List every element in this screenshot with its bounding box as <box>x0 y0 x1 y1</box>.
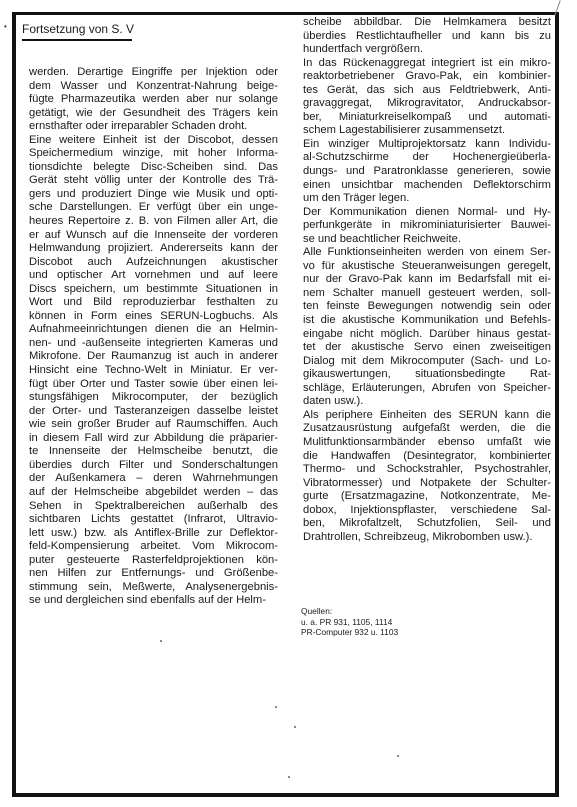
text-line: Mikrofone. Der Raumanzug ist auch in and… <box>29 350 278 364</box>
text-line: vo für akustische Steueranweisungen gere… <box>303 260 551 274</box>
text-line: einen unsichtbar machenden Deflektorschi… <box>303 179 551 193</box>
text-line: Ein winziger Multiprojektorsatz kann Ind… <box>303 138 551 152</box>
page-frame-bottom-border <box>12 793 559 797</box>
text-line: getätigt, wie der Gesundheit des Trägers… <box>29 107 278 121</box>
text-line: der Außenkamera – deren Wahrnehmungen <box>29 472 278 486</box>
text-line: fügte Pharmazeutika werden aber nur sola… <box>29 93 278 107</box>
text-line: Speichermedium winzige, mit hoher Inform… <box>29 147 278 161</box>
text-line: ernsthafter oder irreparabler Schaden dr… <box>29 120 278 134</box>
text-line: dungs- und Paratronklasse generieren, so… <box>303 165 551 179</box>
text-line: Vibratormesser) und Notpakete der Schult… <box>303 477 551 491</box>
text-line: Discobot auch Aufzeichnungen akustischer <box>29 256 278 270</box>
margin-dot: • <box>4 22 7 31</box>
text-line: der Orter- und Tasteranzeigen dasselbe l… <box>29 405 278 419</box>
text-line: se und beachtlicher Reichweite. <box>303 233 551 247</box>
page-frame-left-border <box>12 12 16 797</box>
text-line: schläge, Erläuterungen, Abrufen von Spei… <box>303 382 551 396</box>
text-line: al-Schutzschirme der Hochenergieüberla- <box>303 151 551 165</box>
text-line: heures Repertoire z. B. von Filmen aller… <box>29 215 278 229</box>
text-line: scheibe abbildbar. Die Helmkamera besitz… <box>303 16 551 30</box>
text-line: nur der Gravo-Pak kann im Bedarfsfall mi… <box>303 273 551 287</box>
text-line: überdies Restlichtaufheller und kann bis… <box>303 30 551 44</box>
sources-block: Quellen: u. a. PR 931, 1105, 1114 PR-Com… <box>301 606 398 638</box>
text-line: In das Rückenaggregat integriert ist ein… <box>303 57 551 71</box>
text-line: se und dergleichen sind ebenfalls auf de… <box>29 594 278 608</box>
text-line: ber, Miniaturkreiselkompaß und automati- <box>303 111 551 125</box>
text-line: Hinsicht eine Techno-Welt in Miniatur. E… <box>29 364 278 378</box>
text-line: Drahtrollen, Schreibzeug, Mikrobomben us… <box>303 531 551 545</box>
text-line: fügt über Orter und Taster sowie über ei… <box>29 378 278 392</box>
text-line: perfunkgeräte in mikrominiaturisierter B… <box>303 219 551 233</box>
text-line: te Innenseite der Helmscheibe benutzt, d… <box>29 445 278 459</box>
scan-speck <box>160 640 162 642</box>
text-line: lett usw.) bzw. als Antiflex-Brille zur … <box>29 527 278 541</box>
scan-speck <box>275 706 277 708</box>
text-line: stimmung sein, Meßwerte, Analysenergebni… <box>29 581 278 595</box>
text-line: Sehen in Spektralbereichen außerhalb des <box>29 500 278 514</box>
text-line: werden. Derartige Eingriffe per Injektio… <box>29 66 278 80</box>
text-line: Helmwandung projiziert. Andererseits kan… <box>29 242 278 256</box>
text-line: er auf Wunsch auf die Innenseite der vor… <box>29 229 278 243</box>
text-line: können in Form eines SERUN-Logbuchs. Als <box>29 310 278 324</box>
text-line: ten feinste Bewegungen notwendig sein od… <box>303 300 551 314</box>
scan-speck <box>294 726 296 728</box>
text-line: reaktorbetriebener Gravo-Pak, ein kombin… <box>303 70 551 84</box>
text-line: um den Träger legen. <box>303 192 551 206</box>
text-line: Gerät steht völlig unter der Kontrolle d… <box>29 174 278 188</box>
scan-speck <box>288 776 290 778</box>
text-line: nen Hilfen zur Entfernungs- und Größenbe… <box>29 567 278 581</box>
text-line: daten usw.). <box>303 395 551 409</box>
text-line: sichtbaren Lichts gestattet (Infrarot, U… <box>29 513 278 527</box>
right-text-column: scheibe abbildbar. Die Helmkamera besitz… <box>303 16 551 544</box>
text-line: Dialog mit dem Mikrocomputer (Sach- und … <box>303 355 551 369</box>
text-line: schem Lagestabilisierer zusammensetzt. <box>303 124 551 138</box>
text-line: Der Kommunikation dienen Normal- und Hy- <box>303 206 551 220</box>
text-line: in diesem Fall wird zur Abbildung die pr… <box>29 432 278 446</box>
text-line: eingabe nicht möglich. Darüber hinaus ge… <box>303 328 551 342</box>
text-line: sche Darstellungen. Er verfügt über ein … <box>29 201 278 215</box>
continuation-heading: Fortsetzung von S. V <box>22 22 132 41</box>
page-frame-top-border <box>12 12 559 15</box>
text-line: Zusatzausrüstung aufgefaßt werden, die d… <box>303 422 551 436</box>
text-line: Thermo- und Schockstrahler, Psychostrahl… <box>303 463 551 477</box>
text-line: Als periphere Einheiten des SERUN kann d… <box>303 409 551 423</box>
text-line: ist die akustische Kommunikation und Bef… <box>303 314 551 328</box>
text-line: hundertfach vergrößern. <box>303 43 551 57</box>
text-line: feld-Kompensierung arbeitet. Vom Mikroco… <box>29 540 278 554</box>
left-text-column: werden. Derartige Eingriffe per Injektio… <box>29 66 278 608</box>
text-line: tionsdichte belegte Disc-Scheiben sind. … <box>29 161 278 175</box>
text-line: auf der Helmscheibe abgebildet werden – … <box>29 486 278 500</box>
text-line: puter gesteuerte Rasterfeldprojektionen … <box>29 554 278 568</box>
text-line: wie sein großer Bruder auf Raumschiffen.… <box>29 418 278 432</box>
sources-line: u. a. PR 931, 1105, 1114 <box>301 617 398 628</box>
scan-speck <box>397 755 399 757</box>
sources-label: Quellen: <box>301 606 398 617</box>
text-line: Discs speichern, um bestimmte Situatione… <box>29 283 278 297</box>
sources-line: PR-Computer 932 u. 1103 <box>301 627 398 638</box>
text-line: Wort und Bild reproduzierbar festhalten … <box>29 296 278 310</box>
page-frame-right-border <box>555 14 559 794</box>
text-line: gravaggregat, Mikrogravitator, Andruckab… <box>303 97 551 111</box>
text-line: und optischer Art vornehmen und auf leer… <box>29 269 278 283</box>
text-line: nen- und -außenseite integrierten Kamera… <box>29 337 278 351</box>
text-line: Eine weitere Einheit ist der Discobot, d… <box>29 134 278 148</box>
text-line: Mulitfunktionsarmbänder ebenso umfaßt wi… <box>303 436 551 450</box>
text-line: dem Wasser und Konzentrat-Nahrung beige- <box>29 80 278 94</box>
text-line: nem Schalter manuell gesteuert werden, s… <box>303 287 551 301</box>
text-line: Alle Funktionseinheiten werden von einem… <box>303 246 551 260</box>
text-line: gurte (Ersatzmagazine, Notkonzentrate, M… <box>303 490 551 504</box>
text-line: dobox, Injektionspflaster, verschiedene … <box>303 504 551 518</box>
text-line: tes Gerät, das sich aus Feldtriebwerk, A… <box>303 84 551 98</box>
text-line: tet der akustische Servo einen zweiseiti… <box>303 341 551 355</box>
text-line: gers und produziert Dinge wie Musik und … <box>29 188 278 202</box>
text-line: überdies durch Filter und Sonderschaltun… <box>29 459 278 473</box>
text-line: Aufnahmeeinrichtungen dienen die an Helm… <box>29 323 278 337</box>
text-line: gikauswertungen, situationsbedingte Rat- <box>303 368 551 382</box>
text-line: ben, Mikrofaltzelt, Schutzfolien, Seil- … <box>303 517 551 531</box>
text-line: die Handwaffen (Desintegrator, kombinier… <box>303 450 551 464</box>
text-line: stungsfähigen Mikrocomputer, der bezügli… <box>29 391 278 405</box>
